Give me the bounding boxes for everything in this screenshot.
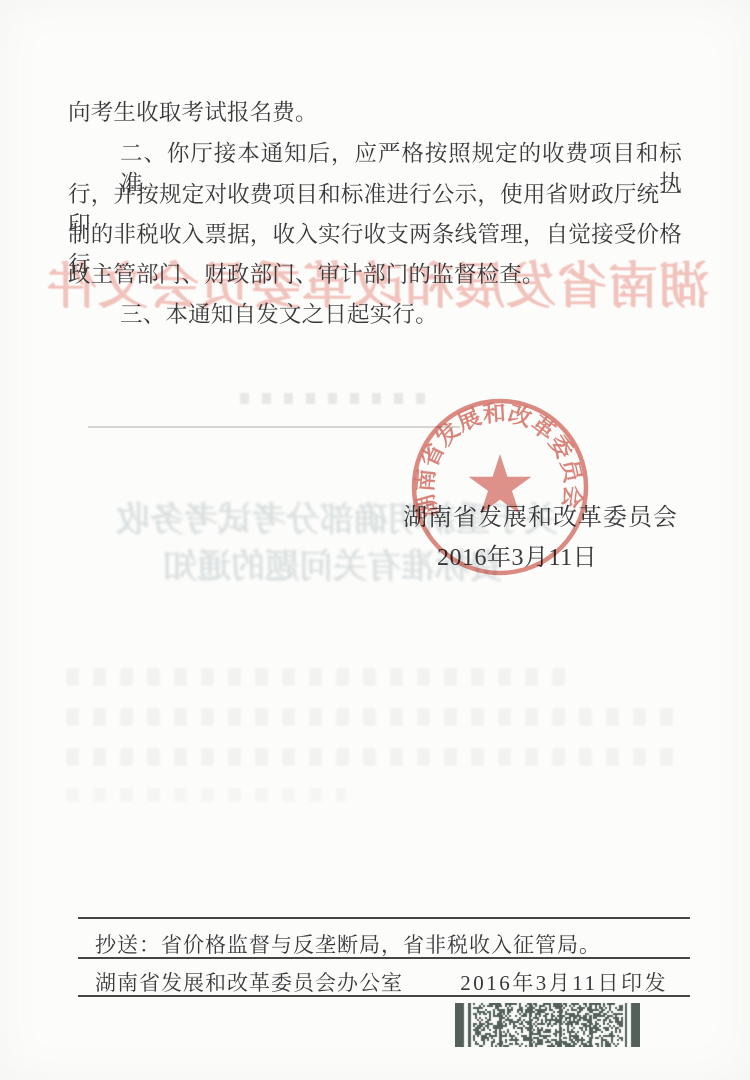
body-line: 向考生收取考试报名费。 xyxy=(68,98,318,128)
footer-rule-top xyxy=(78,917,690,919)
bleedthrough-text-line xyxy=(66,748,686,766)
bleedthrough-text-line xyxy=(66,668,576,686)
body-line: 政主管部门、财政部门、审计部门的监督检查。 xyxy=(68,260,545,290)
issuer-signature: 湖南省发展和改革委员会 xyxy=(403,497,678,532)
barcode xyxy=(455,1003,640,1047)
scanned-document-page: 湖南省发展和改革委员会文件 关于重新明确部分考试考务收 费标准有关问题的通知 向… xyxy=(0,0,750,1080)
print-date: 2016年3月11日印发 xyxy=(460,967,668,997)
footer-rule-bottom xyxy=(78,995,690,997)
body-line: 三、本通知自发文之日起实行。 xyxy=(120,300,438,330)
issuing-office: 湖南省发展和改革委员会办公室 xyxy=(95,967,403,997)
issue-date: 2016年3月11日 xyxy=(437,537,597,572)
cc-line: 抄送：省价格监督与反垄断局，省非税收入征管局。 xyxy=(95,929,601,959)
bleedthrough-rule xyxy=(88,426,460,428)
footer-rule-middle xyxy=(78,957,690,959)
bleedthrough-text-line xyxy=(66,788,346,802)
bleedthrough-small-text xyxy=(240,393,435,404)
bleedthrough-text-line xyxy=(66,708,686,726)
